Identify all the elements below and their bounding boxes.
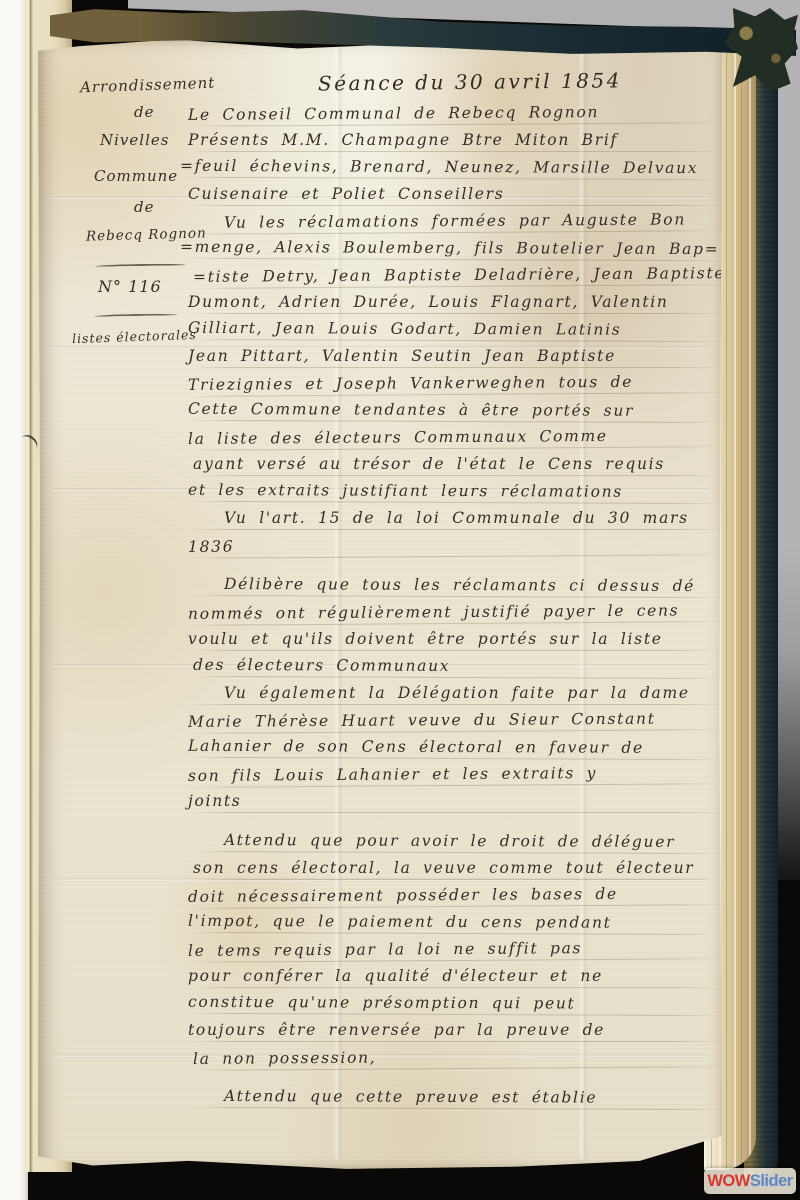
manuscript-line: Présents M.M. Champagne Btre Miton Brif xyxy=(188,127,733,154)
manuscript-line: 1836 xyxy=(188,530,733,561)
body-lines: Le Conseil Communal de Rebecq RognonPrés… xyxy=(188,100,733,1111)
manuscript-line: =feuil échevins, Brenard, Neunez, Marsil… xyxy=(180,153,733,182)
manuscript-line: Lahanier de son Cens électoral en faveur… xyxy=(188,733,733,762)
manuscript-line: Vu les réclamations formées par Auguste … xyxy=(188,206,733,237)
manuscript-line: Marie Thérèse Huart veuve du Sieur Const… xyxy=(188,705,733,736)
manuscript-line: et les extraits justifiant leurs réclama… xyxy=(188,477,733,506)
manuscript-line: Dumont, Adrien Durée, Louis Flagnart, Va… xyxy=(188,289,733,316)
manuscript-line: la non possession, xyxy=(193,1042,733,1073)
facing-page-edge xyxy=(0,0,28,1200)
manuscript-page: ArrondissementdeNivellesCommunedeRebecq … xyxy=(38,36,722,1170)
manuscript-line: joints xyxy=(188,788,733,815)
manuscript-line: Le Conseil Communal de Rebecq Rognon xyxy=(188,98,733,129)
manuscript-line: =menge, Alexis Boulemberg, fils Boutelie… xyxy=(180,234,733,263)
manuscript-line: le tems requis par la loi ne suffit pas xyxy=(188,934,733,965)
watermark-wowslider[interactable]: WOWSlider xyxy=(704,1168,796,1194)
watermark-wow: WOW xyxy=(707,1172,749,1191)
manuscript-line: son cens électoral, la veuve comme tout … xyxy=(193,855,733,882)
flourish-line xyxy=(94,313,178,316)
manuscript-line: Cette Commune tendantes à être portés su… xyxy=(188,396,733,425)
manuscript-line: Triezignies et Joseph Vankerweghen tous … xyxy=(188,368,733,399)
margin-note: de xyxy=(134,198,154,216)
manuscript-line: Vu l'art. 15 de la loi Communale du 30 m… xyxy=(188,505,733,532)
manuscript-line: ayant versé au trésor de l'état le Cens … xyxy=(193,451,733,478)
manuscript-line: constitue qu'une présomption qui peut xyxy=(188,989,733,1018)
margin-note: de xyxy=(134,103,154,121)
manuscript-line: Cuisenaire et Poliet Conseillers xyxy=(188,181,733,208)
manuscript-line: Gilliart, Jean Louis Godart, Damien Lati… xyxy=(188,315,733,344)
manuscript-line: =tiste Detry, Jean Baptiste Deladrière, … xyxy=(193,260,733,291)
margin-note: N° 116 xyxy=(98,277,162,296)
manuscript-line: doit nécessairement posséder les bases d… xyxy=(188,880,733,911)
photo-of-manuscript: ArrondissementdeNivellesCommunedeRebecq … xyxy=(0,0,800,1200)
manuscript-line: la liste des électeurs Communaux Comme xyxy=(188,422,733,453)
manuscript-line: Jean Pittart, Valentin Seutin Jean Bapti… xyxy=(188,343,733,370)
session-title: Séance du 30 avril 1854 xyxy=(188,67,733,103)
margin-note: Nivelles xyxy=(100,131,169,149)
manuscript-line: Délibère que tous les réclamants ci dess… xyxy=(188,571,733,600)
margin-note: Commune xyxy=(94,167,178,185)
manuscript-line: des électeurs Communaux xyxy=(193,652,733,681)
manuscript-line: toujours être renversée par la preuve de xyxy=(188,1017,733,1044)
manuscript-line: nommés ont régulièrement justifié payer … xyxy=(188,597,733,628)
manuscript-line: Vu également la Délégation faite par la … xyxy=(188,680,733,707)
manuscript-line: Attendu que pour avoir le droit de délég… xyxy=(188,827,733,856)
watermark-slider: Slider xyxy=(750,1172,793,1191)
manuscript-line: pour conférer la qualité d'électeur et n… xyxy=(188,963,733,990)
manuscript-line: l'impot, que le paiement du cens pendant xyxy=(188,908,733,937)
manuscript-text: Séance du 30 avril 1854 Le Conseil Commu… xyxy=(188,70,733,1111)
manuscript-line: voulu et qu'ils doivent être portés sur … xyxy=(188,626,733,653)
margin-note: listes électorales xyxy=(72,327,197,346)
manuscript-line: son fils Louis Lahanier et les extraits … xyxy=(188,759,733,790)
flourish-line xyxy=(94,263,186,267)
manuscript-line: Attendu que cette preuve est établie xyxy=(188,1083,733,1112)
